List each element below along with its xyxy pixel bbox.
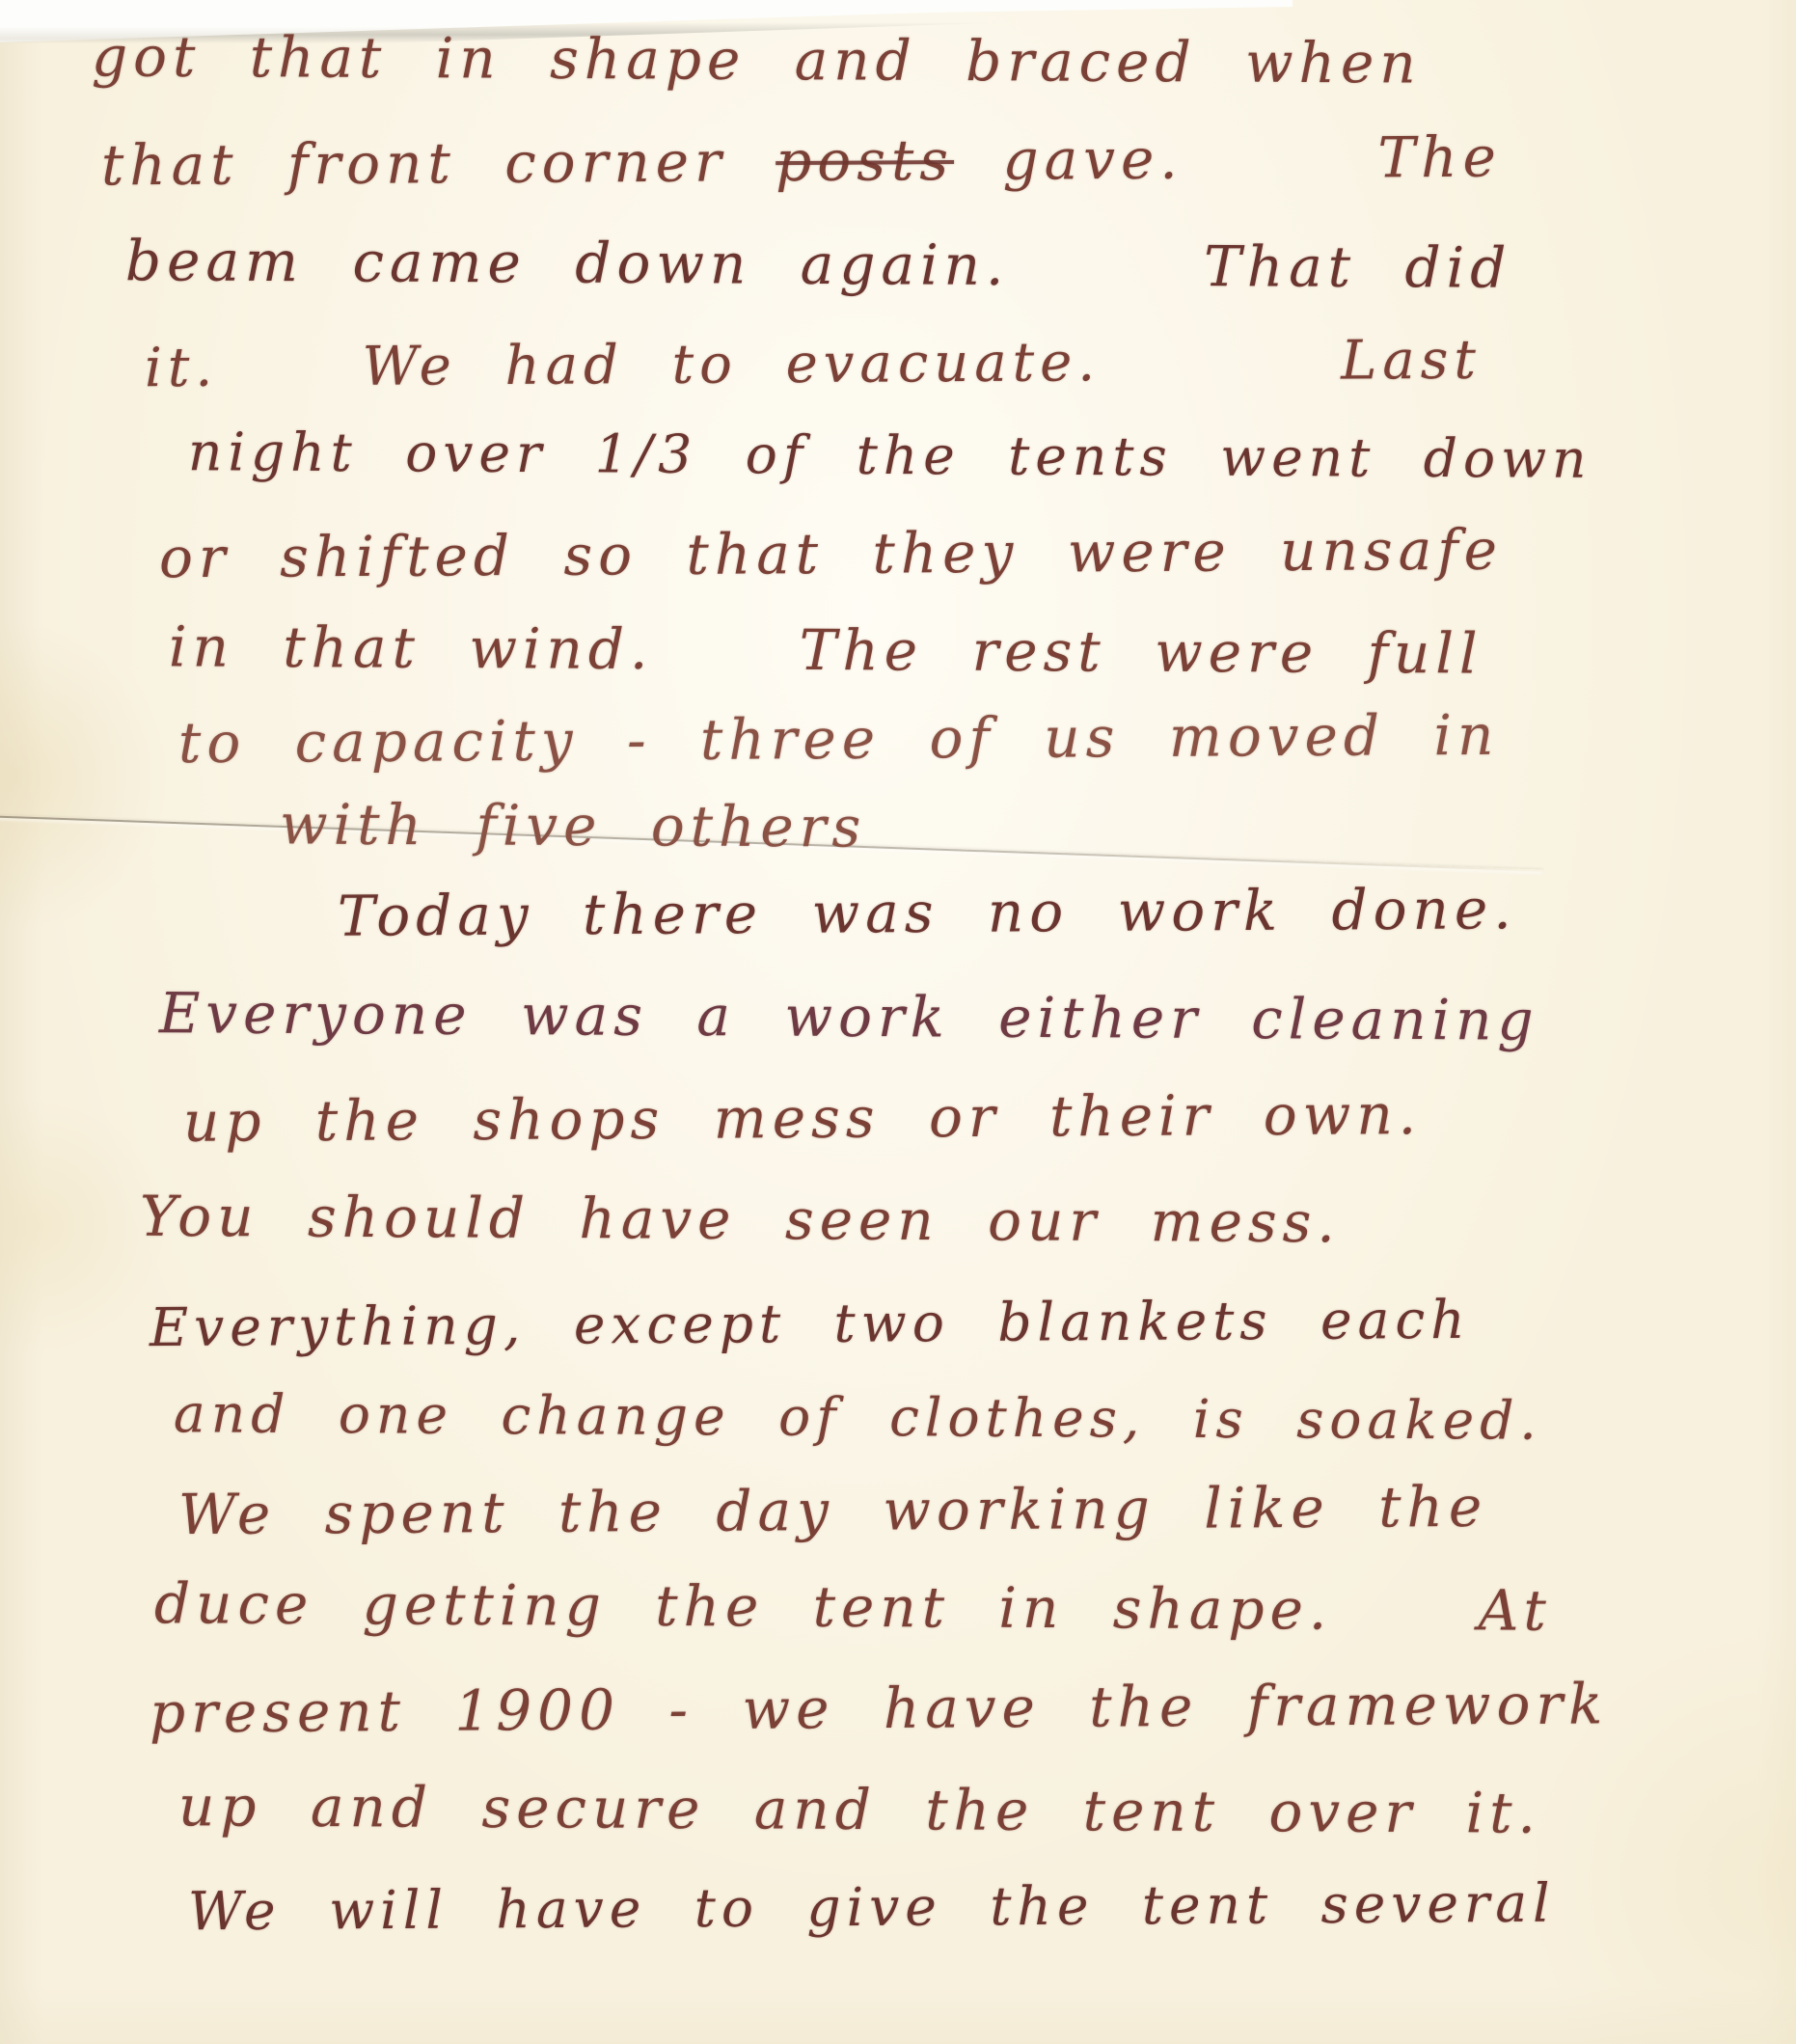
handwritten-line: We spent the day working like the xyxy=(178,1474,1488,1547)
handwritten-line: up the shops mess or their own. xyxy=(183,1081,1423,1155)
handwritten-line: Today there was no work done. xyxy=(338,876,1517,948)
handwritten-line: that front corner posts gave. The xyxy=(101,124,1502,199)
handwritten-line: night over 1/3 of the tents went down xyxy=(188,421,1592,490)
handwritten-line: up and secure and the tent over it. xyxy=(178,1773,1541,1845)
handwritten-line: to capacity - three of us moved in xyxy=(178,702,1500,776)
handwritten-line: We will have to give the tent several xyxy=(188,1872,1556,1943)
handwritten-line: beam came down again. That did xyxy=(125,228,1512,301)
line-text: gave. The xyxy=(954,124,1502,193)
handwritten-line: with five others xyxy=(280,791,867,859)
letter-page: got that in shape and braced when that f… xyxy=(0,0,1796,2044)
handwritten-line: got that in shape and braced when xyxy=(92,23,1422,95)
handwritten-line: Everything, except two blankets each xyxy=(150,1289,1471,1358)
handwritten-line: Everyone was a work either cleaning xyxy=(159,980,1539,1052)
handwritten-line: and one change of clothes, is soaked. xyxy=(174,1382,1542,1451)
handwritten-line: in that wind. The rest were full xyxy=(169,613,1483,686)
handwritten-line: duce getting the tent in shape. At xyxy=(154,1570,1552,1644)
handwritten-line: present 1900 - we have the framework xyxy=(150,1671,1609,1745)
struck-word: posts xyxy=(776,127,954,194)
handwritten-line: it. We had to evacuate. Last xyxy=(145,329,1482,399)
handwritten-line: or shifted so that they were unsafe xyxy=(159,517,1503,591)
handwritten-line: You should have seen our mess. xyxy=(140,1184,1341,1256)
line-text: that front corner xyxy=(101,128,776,198)
